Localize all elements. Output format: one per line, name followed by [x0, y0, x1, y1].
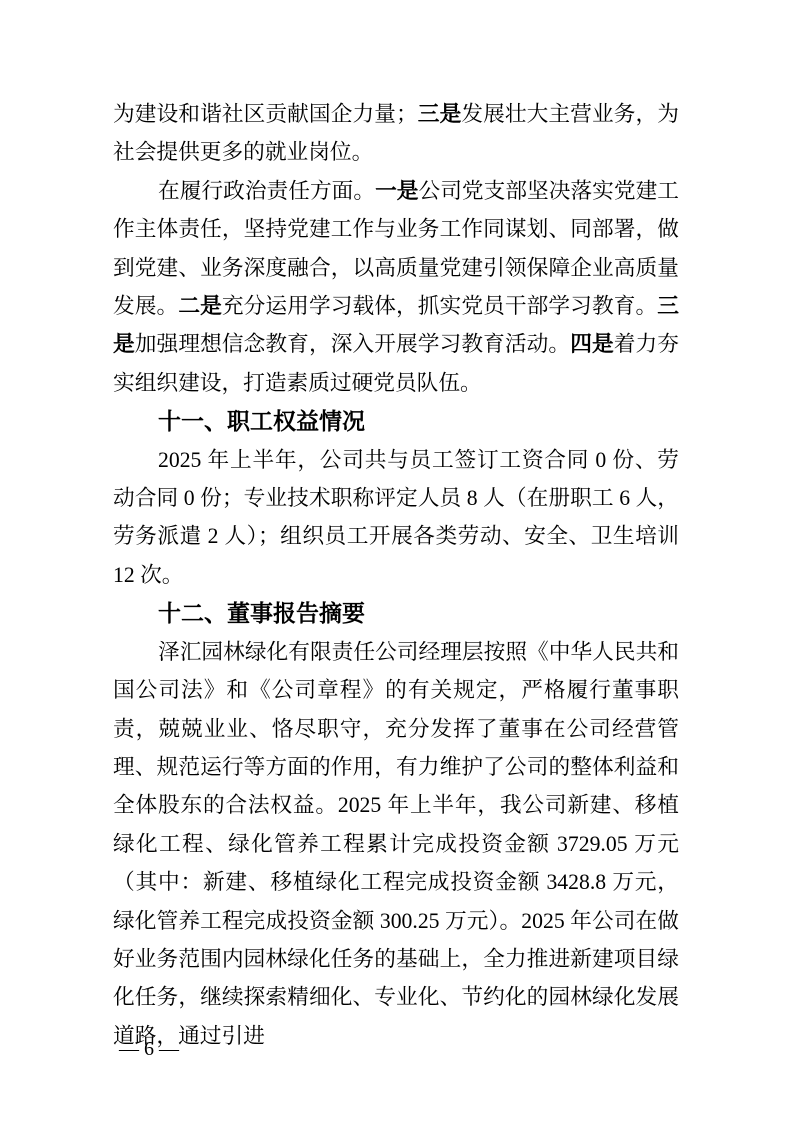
text-run: 2025 年上半年，公司共与员工签订工资合同 0 份、劳动合同 0 份；专业技术… — [113, 448, 679, 587]
body-paragraph: 在履行政治责任方面。一是公司党支部坚决落实党建工作主体责任，坚持党建工作与业务工… — [113, 172, 679, 402]
text-run: 泽汇园林绿化有限责任公司经理层按照《中华人民共和国公司法》和《公司章程》的有关规… — [113, 640, 679, 1048]
emphasis-run: 二是 — [178, 294, 222, 318]
section-heading-11: 十一、职工权益情况 — [113, 402, 679, 440]
emphasis-run: 一是 — [375, 179, 418, 203]
body-paragraph: 2025 年上半年，公司共与员工签订工资合同 0 份、劳动合同 0 份；专业技术… — [113, 441, 679, 595]
emphasis-run: 四是 — [570, 332, 614, 356]
text-run: 充分运用学习载体，抓实党员干部学习教育。 — [222, 294, 657, 318]
emphasis-run: 三是 — [418, 102, 462, 126]
document-page: 为建设和谐社区贡献国企力量；三是发展壮大主营业务，为社会提供更多的就业岗位。 在… — [0, 0, 793, 1122]
text-run: 加强理想信念教育，深入开展学习教育活动。 — [135, 332, 570, 356]
page-number: — 6 — — [119, 1035, 179, 1063]
section-heading-12: 十二、董事报告摘要 — [113, 594, 679, 632]
body-paragraph: 为建设和谐社区贡献国企力量；三是发展壮大主营业务，为社会提供更多的就业岗位。 — [113, 95, 679, 172]
page-number-label: — 6 — — [119, 1038, 179, 1060]
document-body: 为建设和谐社区贡献国企力量；三是发展壮大主营业务，为社会提供更多的就业岗位。 在… — [113, 95, 679, 1055]
body-paragraph: 泽汇园林绿化有限责任公司经理层按照《中华人民共和国公司法》和《公司章程》的有关规… — [113, 633, 679, 1055]
text-run: 在履行政治责任方面。 — [158, 179, 375, 203]
text-run: 为建设和谐社区贡献国企力量； — [113, 102, 418, 126]
